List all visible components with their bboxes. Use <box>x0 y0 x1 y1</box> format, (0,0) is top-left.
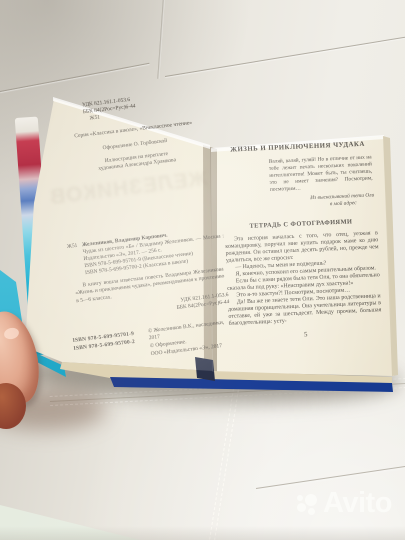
stitch-column <box>208 389 234 540</box>
bottom-shadow <box>0 526 405 540</box>
entry-author-sign: Ж51 <box>67 242 78 250</box>
leather-seam-vertical <box>157 0 165 79</box>
left-page-imprint: УДК 821.161.1-053.6 ББК 84(2Рос=Рус)6-44… <box>50 88 239 367</box>
epigraph-attribution: Из высказываний тети Оли в мой адрес <box>223 192 376 213</box>
section-title: ТЕТРАДЬ С ФОТОГРАФИЯМИ <box>224 217 377 231</box>
avito-watermark: Avito <box>297 489 392 518</box>
body-text: Эта история началась с того, что отец, у… <box>225 230 382 327</box>
stitch-column <box>213 389 239 540</box>
photo-open-book-on-leather: ЖЕЛЕЗНИКОВ УДК 821.161.1-053.6 ББК 84(2Р… <box>0 0 405 540</box>
right-page-text: ЖИЗНЬ И ПРИКЛЮЧЕНИЯ ЧУДАКА Валяй, валяй,… <box>221 140 382 341</box>
paragraph: Да! Вы же не знаете тети Оли. Это наша р… <box>228 293 382 328</box>
attribution-line2: в мой адрес <box>224 199 375 213</box>
avito-logo-icon <box>297 493 318 515</box>
leather-crease-lower-right <box>256 466 405 489</box>
classification-codes: УДК 821.161.1-053.6 ББК 84(2Рос=Рус)6-44… <box>82 88 212 124</box>
avito-wordmark: Avito <box>323 489 392 518</box>
epigraph: Валяй, валяй, гуляй! Но в отличие от них… <box>269 154 373 194</box>
leather-seam-upper-right <box>165 36 405 77</box>
logo-circle <box>305 494 317 506</box>
leather-seam-upper-left <box>0 63 149 92</box>
logo-circle <box>297 503 306 512</box>
logo-circle <box>308 508 315 515</box>
logo-circle <box>297 495 303 501</box>
leather-stitch-band-vertical <box>208 389 239 540</box>
